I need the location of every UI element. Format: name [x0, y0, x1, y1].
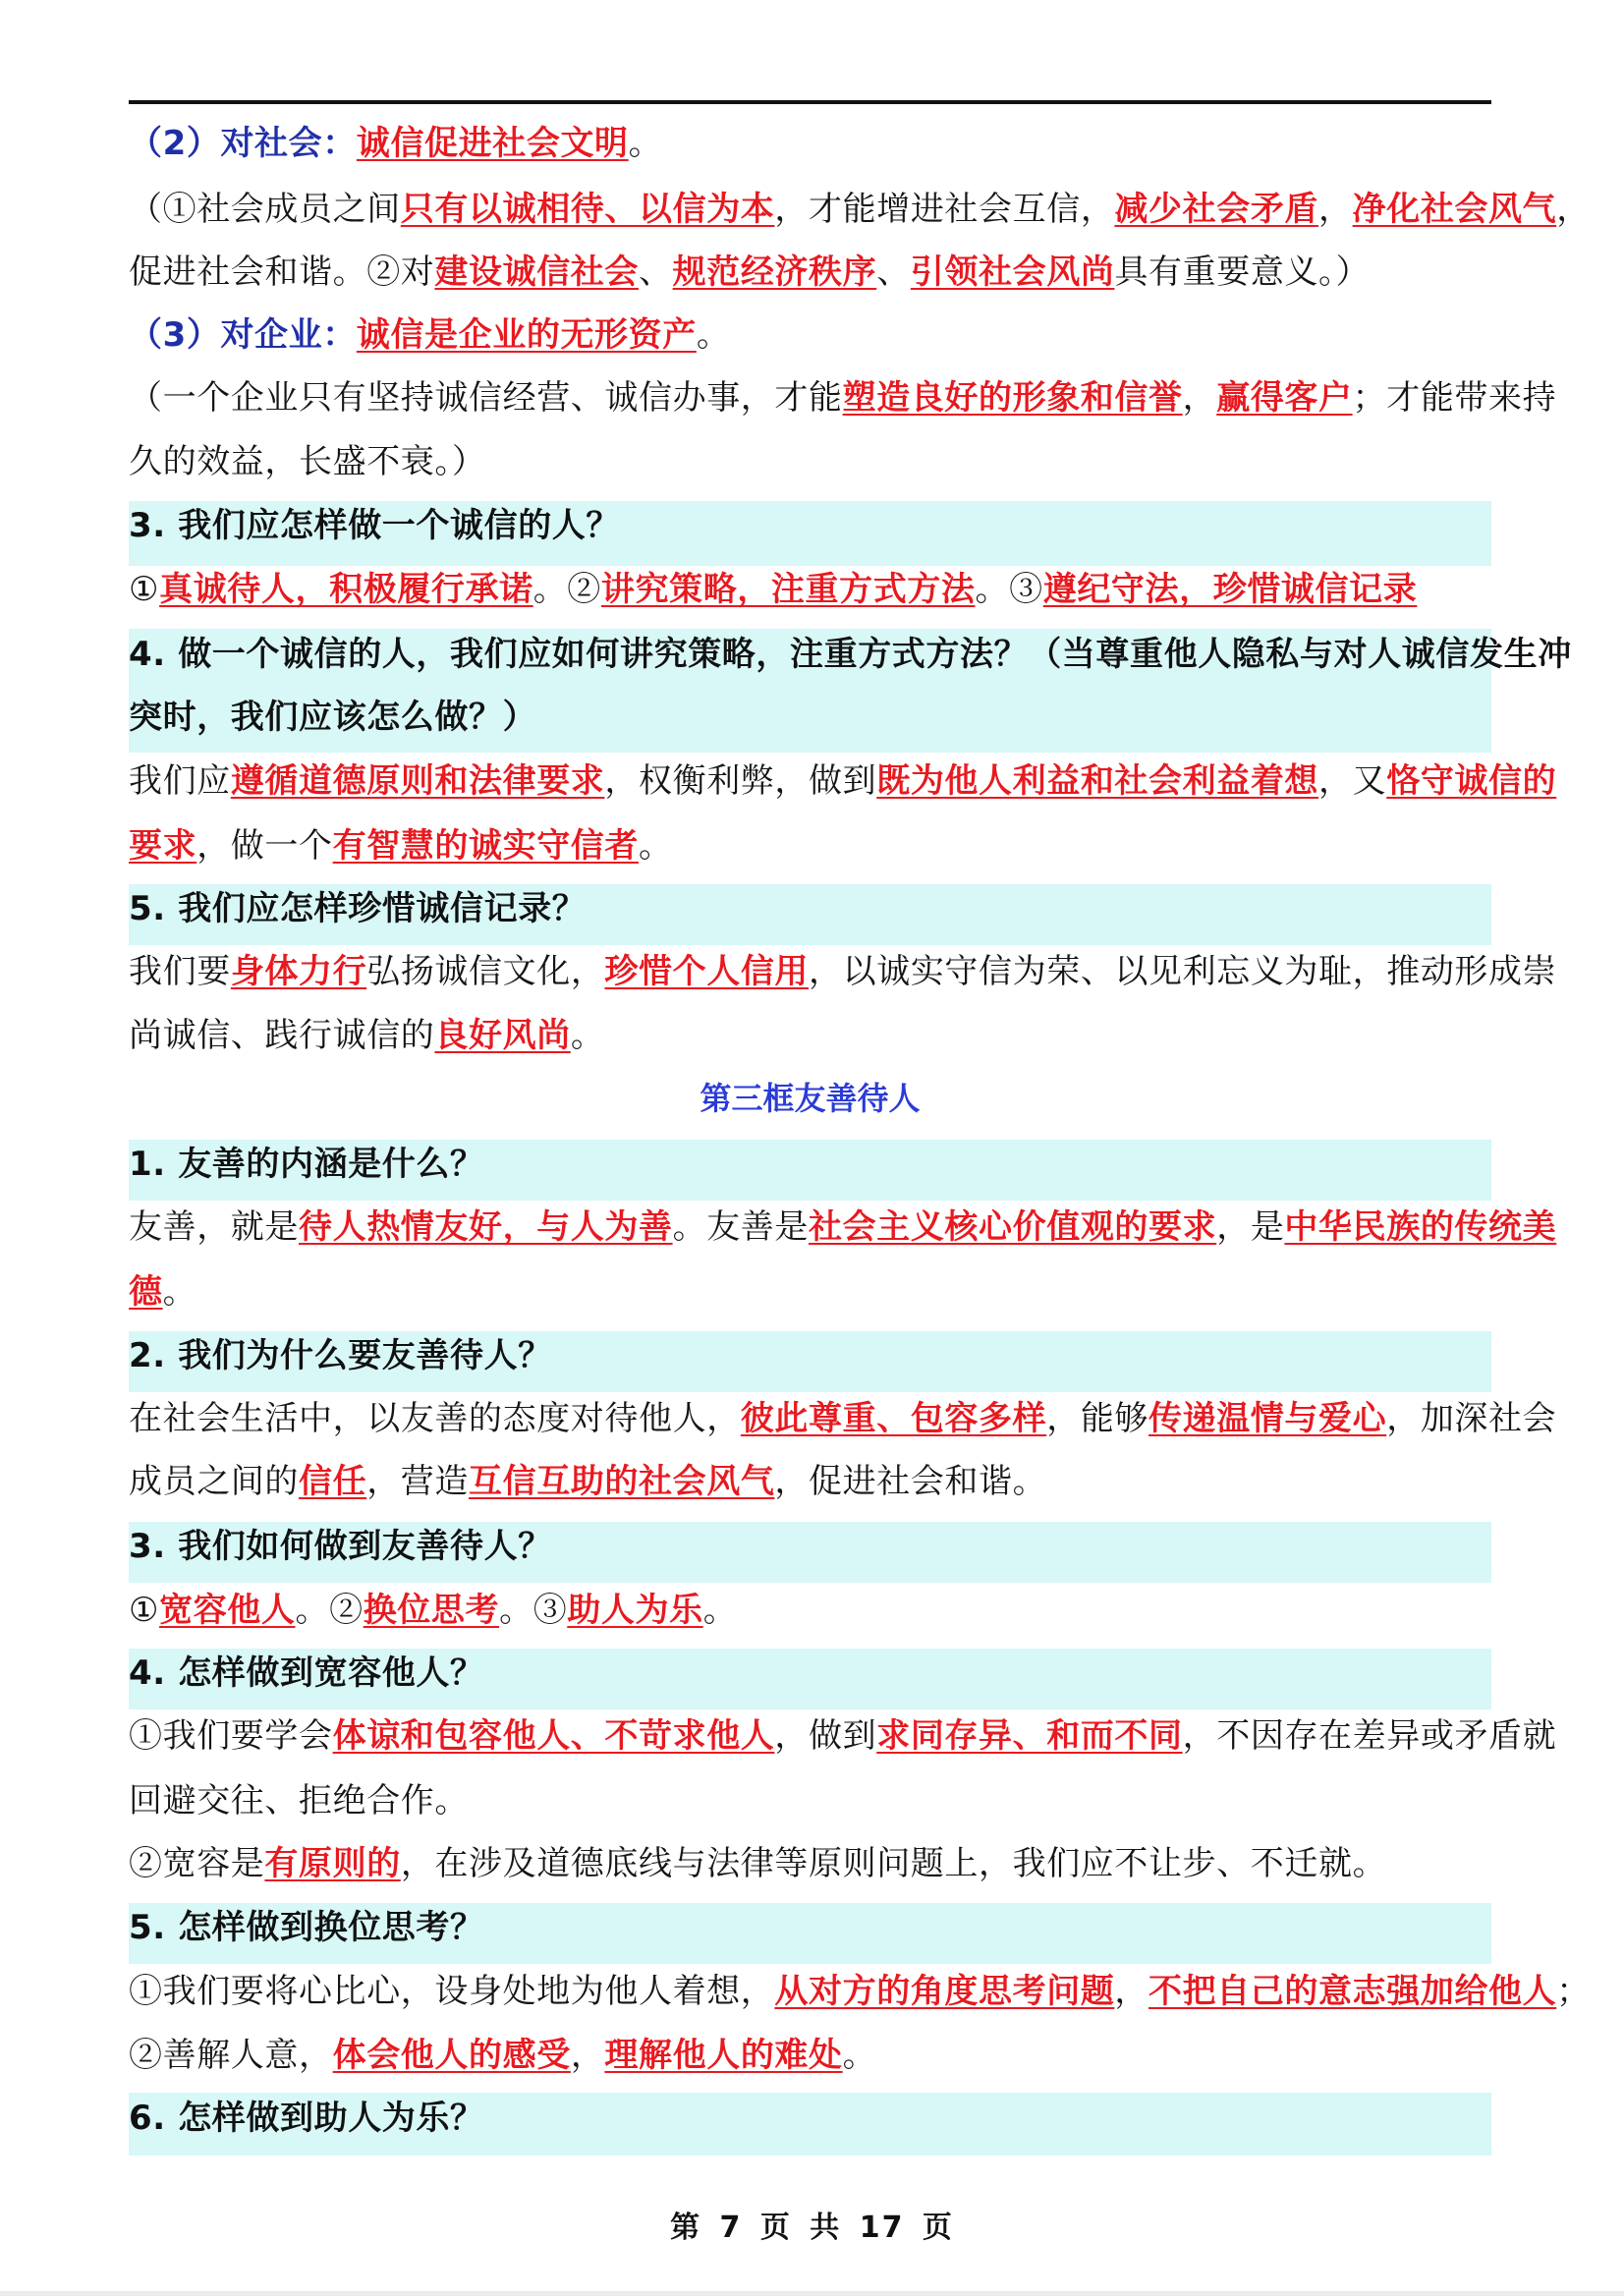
key-point-text: 引领社会风尚 [911, 252, 1115, 292]
paragraph-line: ①我们要将心比心，设身处地为他人着想，从对方的角度思考问题，不把自己的意志强加给… [129, 1967, 1491, 2016]
key-point-text: 有智慧的诚实守信者 [333, 826, 639, 866]
body-text: 我们应 [129, 761, 231, 801]
key-point-text: 真诚待人，积极履行承诺 [159, 570, 533, 609]
key-point-text: 既为他人利益和社会利益着想 [876, 761, 1318, 801]
key-point-text: 赢得客户 [1216, 378, 1352, 418]
paragraph-line: 回避交往、拒绝合作。 [129, 1776, 1491, 1825]
key-point-text: 有原则的 [264, 1844, 400, 1883]
paragraph-line: 在社会生活中，以友善的态度对待他人，彼此尊重、包容多样，能够传递温情与爱心，加深… [129, 1394, 1491, 1443]
key-point-text: 只有以诚相待、以信为本 [401, 190, 775, 229]
body-text: ，做到 [774, 1716, 876, 1756]
paragraph-line: （①社会成员之间只有以诚相待、以信为本，才能增进社会互信，减少社会矛盾，净化社会… [129, 185, 1491, 234]
paragraph-line: 我们要身体力行弘扬诚信文化，珍惜个人信用，以诚实守信为荣、以见利忘义为耻，推动形… [129, 947, 1491, 996]
body-text: ；才能带来持 [1353, 378, 1557, 418]
body-text: ，不因存在差异或矛盾就 [1183, 1716, 1557, 1756]
body-text: 5. 我们应怎样珍惜诚信记录？ [129, 889, 586, 928]
body-text: 。 [639, 826, 673, 866]
section-title: 第三框友善待人 [129, 1074, 1491, 1123]
key-point-text: 社会主义核心价值观的要求 [809, 1207, 1216, 1247]
question-heading: 3. 我们应怎样做一个诚信的人？ [129, 501, 1491, 550]
bottom-edge-strip [0, 2291, 1624, 2296]
body-text: ，能够 [1046, 1399, 1148, 1438]
body-text: ，做一个 [196, 826, 332, 866]
key-point-text: 求同存异、和而不同 [876, 1716, 1182, 1756]
key-point-text: 身体力行 [231, 952, 366, 991]
body-text: 具有重要意义。） [1114, 252, 1370, 292]
body-text: ，加深社会 [1386, 1399, 1556, 1438]
key-point-text: 传递温情与爱心 [1148, 1399, 1386, 1438]
body-text: 久的效益，长盛不衰。） [129, 442, 486, 481]
paragraph-line: 尚诚信、践行诚信的良好风尚。 [129, 1011, 1491, 1060]
body-text: 、 [639, 252, 673, 292]
key-point-text: 减少社会矛盾 [1114, 190, 1318, 229]
body-text: 。友善是 [673, 1207, 809, 1247]
paragraph-line: （一个企业只有坚持诚信经营、诚信办事，才能塑造良好的形象和信誉，赢得客户；才能带… [129, 373, 1491, 422]
body-text: 2. 我们为什么要友善待人？ [129, 1336, 552, 1375]
paragraph-line: 我们应遵循道德原则和法律要求，权衡利弊，做到既为他人利益和社会利益着想，又恪守诚… [129, 756, 1491, 806]
paragraph-line: 成员之间的信任，营造互信互助的社会风气，促进社会和谐。 [129, 1457, 1491, 1506]
key-point-text: 体谅和包容他人、不苛求他人 [333, 1716, 775, 1756]
body-text: （①社会成员之间 [129, 190, 401, 229]
body-text: 在社会生活中，以友善的态度对待他人， [129, 1399, 741, 1438]
key-point-text: 从对方的角度思考问题 [774, 1972, 1114, 2011]
header-rule [129, 100, 1491, 104]
question-heading: 突时，我们应该怎么做？） [129, 693, 1491, 742]
body-text: 。 [571, 1016, 605, 1055]
body-text: ，才能增进社会互信， [774, 190, 1114, 229]
body-text: ，是 [1216, 1207, 1284, 1247]
body-text: 。 [163, 1272, 197, 1312]
paragraph-line: ①我们要学会体谅和包容他人、不苛求他人，做到求同存异、和而不同，不因存在差异或矛… [129, 1711, 1491, 1761]
body-text: 我们要 [129, 952, 231, 991]
body-text: 促进社会和谐。②对 [129, 252, 434, 292]
key-point-text: 恪守诚信的 [1386, 761, 1556, 801]
body-text: ，在涉及道德底线与法律等原则问题上，我们应不让步、不迁就。 [401, 1844, 1386, 1883]
body-text: 。 [629, 124, 663, 163]
body-text: 弘扬诚信文化， [366, 952, 604, 991]
body-text: 。 [697, 315, 731, 355]
key-point-text: 待人热情友好，与人为善 [299, 1207, 673, 1247]
key-point-text: 要求 [129, 826, 196, 866]
question-heading: 1. 友善的内涵是什么？ [129, 1140, 1491, 1189]
paragraph-line: 友善，就是待人热情友好，与人为善。友善是社会主义核心价值观的要求，是中华民族的传… [129, 1203, 1491, 1252]
paragraph-line: 久的效益，长盛不衰。） [129, 437, 1491, 486]
paragraph-line: 要求，做一个有智慧的诚实守信者。 [129, 821, 1491, 870]
question-heading: 2. 我们为什么要友善待人？ [129, 1331, 1491, 1380]
key-point-text: 换位思考 [364, 1591, 499, 1630]
body-text: （一个企业只有坚持诚信经营、诚信办事，才能 [129, 378, 843, 418]
key-point-text: 诚信是企业的无形资产 [357, 315, 697, 355]
key-point-text: 宽容他人 [159, 1591, 295, 1630]
key-point-text: 珍惜个人信用 [604, 952, 809, 991]
body-text: ①我们要学会 [129, 1716, 333, 1756]
body-text: 回避交往、拒绝合作。 [129, 1781, 469, 1820]
key-point-text: 塑造良好的形象和信誉 [843, 378, 1183, 418]
key-point-text: 建设诚信社会 [434, 252, 639, 292]
body-text: 。② [296, 1591, 364, 1630]
key-point-text: 助人为乐 [567, 1591, 702, 1630]
body-text: 尚诚信、践行诚信的 [129, 1016, 434, 1055]
body-text: 。② [533, 570, 601, 609]
body-text: 。③ [976, 570, 1043, 609]
question-heading: 5. 怎样做到换位思考？ [129, 1903, 1491, 1952]
subheading-label: （2）对社会： [129, 124, 357, 163]
body-text: 3. 我们应怎样做一个诚信的人？ [129, 506, 620, 545]
key-point-text: 规范经济秩序 [673, 252, 877, 292]
body-text: 5. 怎样做到换位思考？ [129, 1908, 484, 1947]
body-text: 。③ [499, 1591, 567, 1630]
key-point-text: 不把自己的意志强加给他人 [1148, 1972, 1556, 2011]
key-point-text: 彼此尊重、包容多样 [741, 1399, 1046, 1438]
body-text: 、 [876, 252, 911, 292]
body-text: ， [1556, 190, 1591, 229]
question-heading: 3. 我们如何做到友善待人？ [129, 1522, 1491, 1571]
body-text: 突时，我们应该怎么做？） [129, 698, 536, 737]
key-point-text: 体会他人的感受 [333, 2036, 571, 2075]
body-text: ； [1556, 1972, 1591, 2011]
question-heading: 4. 怎样做到宽容他人？ [129, 1649, 1491, 1698]
key-point-text: 理解他人的难处 [604, 2036, 842, 2075]
body-text: 4. 做一个诚信的人，我们应如何讲究策略，注重方式方法？（当尊重他人隐私与对人诚… [129, 635, 1572, 674]
body-text: ，权衡利弊，做到 [604, 761, 876, 801]
body-text: ，促进社会和谐。 [774, 1462, 1046, 1501]
question-heading: 5. 我们应怎样珍惜诚信记录？ [129, 884, 1491, 933]
question-heading: 4. 做一个诚信的人，我们应如何讲究策略，注重方式方法？（当尊重他人隐私与对人诚… [129, 630, 1491, 679]
key-point-text: 净化社会风气 [1353, 190, 1557, 229]
body-text: ， [1114, 1972, 1148, 2011]
body-text: ②善解人意， [129, 2036, 333, 2075]
key-point-text: 德 [129, 1272, 163, 1312]
key-point-text: 中华民族的传统美 [1284, 1207, 1556, 1247]
body-text: ， [1318, 190, 1353, 229]
body-text: ，营造 [366, 1462, 469, 1501]
body-text: ① [129, 1591, 159, 1630]
body-text: 成员之间的 [129, 1462, 299, 1501]
key-point-text: 信任 [299, 1462, 366, 1501]
paragraph-line: 德。 [129, 1267, 1491, 1316]
paragraph-line: （2）对社会：诚信促进社会文明。 [129, 119, 1491, 168]
paragraph-line: ①真诚待人，积极履行承诺。②讲究策略，注重方式方法。③遵纪守法，珍惜诚信记录 [129, 565, 1491, 614]
body-text: ， [571, 2036, 605, 2075]
paragraph-line: 促进社会和谐。②对建设诚信社会、规范经济秩序、引领社会风尚具有重要意义。） [129, 248, 1491, 297]
key-point-text: 良好风尚 [434, 1016, 570, 1055]
body-text: 3. 我们如何做到友善待人？ [129, 1527, 552, 1566]
body-text: 1. 友善的内涵是什么？ [129, 1145, 484, 1184]
body-text: ②宽容是 [129, 1844, 264, 1883]
body-text: ①我们要将心比心，设身处地为他人着想， [129, 1972, 774, 2011]
body-text: ① [129, 570, 159, 609]
key-point-text: 诚信促进社会文明 [357, 124, 629, 163]
paragraph-line: ①宽容他人。②换位思考。③助人为乐。 [129, 1586, 1491, 1635]
subheading-label: （3）对企业： [129, 315, 357, 355]
question-heading: 6. 怎样做到助人为乐？ [129, 2094, 1491, 2143]
body-text: ， [1183, 378, 1217, 418]
key-point-text: 遵纪守法，珍惜诚信记录 [1043, 570, 1418, 609]
body-text: 。 [703, 1591, 738, 1630]
body-text: 4. 怎样做到宽容他人？ [129, 1653, 484, 1693]
paragraph-line: ②善解人意，体会他人的感受，理解他人的难处。 [129, 2031, 1491, 2080]
paragraph-line: ②宽容是有原则的，在涉及道德底线与法律等原则问题上，我们应不让步、不迁就。 [129, 1839, 1491, 1888]
paragraph-line: （3）对企业：诚信是企业的无形资产。 [129, 310, 1491, 360]
body-text: 友善，就是 [129, 1207, 299, 1247]
page-number-footer: 第 7 页 共 17 页 [0, 2207, 1624, 2250]
body-text: ，以诚实守信为荣、以见利忘义为耻，推动形成崇 [809, 952, 1556, 991]
body-text: ，又 [1318, 761, 1386, 801]
body-text: 。 [843, 2036, 877, 2075]
body-text: 6. 怎样做到助人为乐？ [129, 2099, 484, 2138]
key-point-text: 互信互助的社会风气 [469, 1462, 774, 1501]
key-point-text: 讲究策略，注重方式方法 [601, 570, 976, 609]
key-point-text: 遵循道德原则和法律要求 [231, 761, 605, 801]
